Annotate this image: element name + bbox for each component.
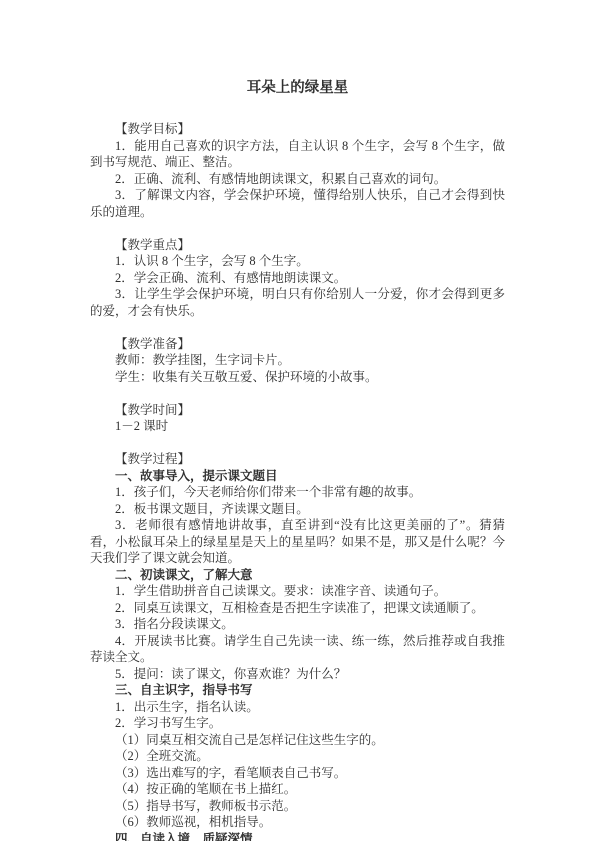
document-section: 【教学准备】教师：教学挂图，生字词卡片。学生：收集有关互敬互爱、保护环境的小故事…	[90, 336, 505, 386]
paragraph: （2）全班交流。	[90, 748, 505, 765]
section-header: 【教学重点】	[90, 237, 505, 254]
subsection-heading: 三、自主识字，指导书写	[90, 682, 505, 699]
document-section: 【教学重点】1．认识 8 个生字，会写 8 个生字。2．学会正确、流利、有感情地…	[90, 237, 505, 320]
paragraph: 1．能用自己喜欢的识字方法，自主认识 8 个生字，会写 8 个生字，做到书写规范…	[90, 138, 505, 171]
section-header: 【教学时间】	[90, 402, 505, 419]
paragraph: 教师：教学挂图，生字词卡片。	[90, 352, 505, 369]
paragraph: 2．同桌互读课文，互相检查是否把生字读准了，把课文读通顺了。	[90, 600, 505, 617]
paragraph: （3）选出难写的字，看笔顺表自己书写。	[90, 765, 505, 782]
paragraph: 1．认识 8 个生字，会写 8 个生字。	[90, 253, 505, 270]
section-header: 【教学目标】	[90, 121, 505, 138]
paragraph: 4．开展读书比赛。请学生自己先读一读、练一练，然后推荐或自我推荐读全文。	[90, 633, 505, 666]
document-body: 【教学目标】1．能用自己喜欢的识字方法，自主认识 8 个生字，会写 8 个生字，…	[90, 121, 505, 841]
paragraph: （1）同桌互相交流自己是怎样记住这些生字的。	[90, 732, 505, 749]
paragraph: （5）指导书写，教师板书示范。	[90, 798, 505, 815]
document-section: 【教学时间】1－2 课时	[90, 402, 505, 435]
paragraph: 3．指名分段读课文。	[90, 616, 505, 633]
document-page: 耳朵上的绿星星 【教学目标】1．能用自己喜欢的识字方法，自主认识 8 个生字，会…	[0, 0, 595, 841]
paragraph: 1．学生借助拼音自己读课文。要求：读准字音、读通句子。	[90, 583, 505, 600]
paragraph: 2．学习书写生字。	[90, 715, 505, 732]
section-header: 【教学过程】	[90, 451, 505, 468]
paragraph: 5．提问：读了课文，你喜欢谁？为什么？	[90, 666, 505, 683]
document-title: 耳朵上的绿星星	[90, 78, 505, 98]
paragraph: （4）按正确的笔顺在书上描红。	[90, 781, 505, 798]
paragraph: （6）教师巡视，相机指导。	[90, 814, 505, 831]
paragraph: 3．了解课文内容，学会保护环境，懂得给别人快乐，自己才会得到快乐的道理。	[90, 187, 505, 220]
subsection-heading: 二、初读课文，了解大意	[90, 567, 505, 584]
paragraph: 1．出示生字，指名认读。	[90, 699, 505, 716]
paragraph: 1．孩子们，今天老师给你们带来一个非常有趣的故事。	[90, 484, 505, 501]
paragraph: 1－2 课时	[90, 418, 505, 435]
paragraph: 2．学会正确、流利、有感情地朗读课文。	[90, 270, 505, 287]
document-section: 【教学过程】一、故事导入，提示课文题目1．孩子们，今天老师给你们带来一个非常有趣…	[90, 451, 505, 841]
paragraph: 3．让学生学会保护环境，明白只有你给别人一分爱，你才会得到更多的爱，才会有快乐。	[90, 286, 505, 319]
subsection-heading: 四、自读入境，质疑深情	[90, 831, 505, 841]
paragraph: 3．老师很有感情地讲故事，直至讲到“没有比这更美丽的了”。猜猜看，小松鼠耳朵上的…	[90, 517, 505, 567]
paragraph: 2．正确、流利、有感情地朗读课文，积累自己喜欢的词句。	[90, 171, 505, 188]
document-section: 【教学目标】1．能用自己喜欢的识字方法，自主认识 8 个生字，会写 8 个生字，…	[90, 121, 505, 220]
section-header: 【教学准备】	[90, 336, 505, 353]
subsection-heading: 一、故事导入，提示课文题目	[90, 468, 505, 485]
paragraph: 2．板书课文题目，齐读课文题目。	[90, 501, 505, 518]
paragraph: 学生：收集有关互敬互爱、保护环境的小故事。	[90, 369, 505, 386]
